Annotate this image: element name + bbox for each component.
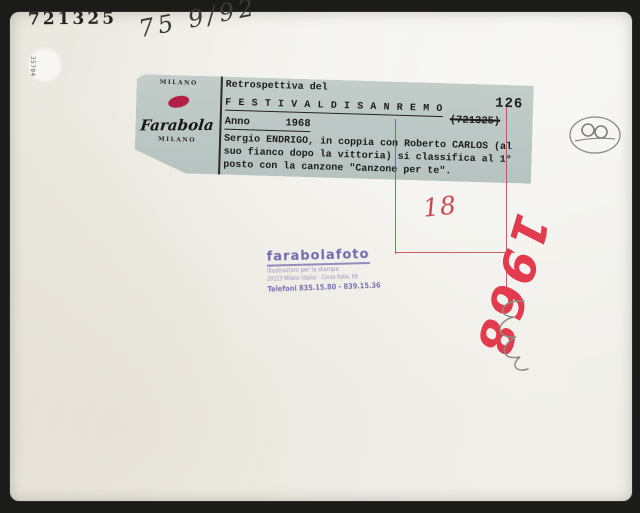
pencil-squiggle <box>494 295 550 375</box>
agency-city-top: MILANO <box>160 79 198 87</box>
page-number: 126 <box>495 96 524 113</box>
year-row: Anno 1968 <box>224 116 310 133</box>
crossed-archive-number: (721325) <box>450 114 501 127</box>
agency-logo-block: MILANO Farabola MILANO <box>134 74 223 175</box>
pencil-oval-doodle <box>563 107 627 163</box>
photo-back: 721325 75 9/92 35704 MILANO Farabola MIL… <box>10 12 632 501</box>
caption-label: MILANO Farabola MILANO Retrospettiva del… <box>134 74 534 184</box>
stamp-line-4: Telefoni 835.15.80 - 839.15.36 <box>267 281 380 294</box>
caption-label-body: Retrospettiva del F E S T I V A L D I S … <box>220 77 534 184</box>
red-crop-line-vertical-left <box>395 119 396 254</box>
stamp-name: farabolafoto <box>266 247 369 267</box>
year-label: Anno <box>224 116 250 129</box>
farabola-logo-icon <box>167 94 190 109</box>
handwritten-code: 75 9/92 <box>136 0 259 43</box>
agency-ink-stamp: farabolafoto Illustrazioni per la stampa… <box>266 242 396 293</box>
archive-number-stamp: 721325 <box>28 9 117 30</box>
scanner-background: 721325 75 9/92 35704 MILANO Farabola MIL… <box>0 0 640 513</box>
agency-city-bottom: MILANO <box>158 136 196 144</box>
edge-code: 35704 <box>29 56 36 77</box>
agency-name: Farabola <box>140 116 215 134</box>
year-value: 1968 <box>285 117 311 130</box>
red-number-annotation: 18 <box>422 190 459 222</box>
caption-text: Sergio ENDRIGO, in coppia con Roberto CA… <box>223 133 528 181</box>
